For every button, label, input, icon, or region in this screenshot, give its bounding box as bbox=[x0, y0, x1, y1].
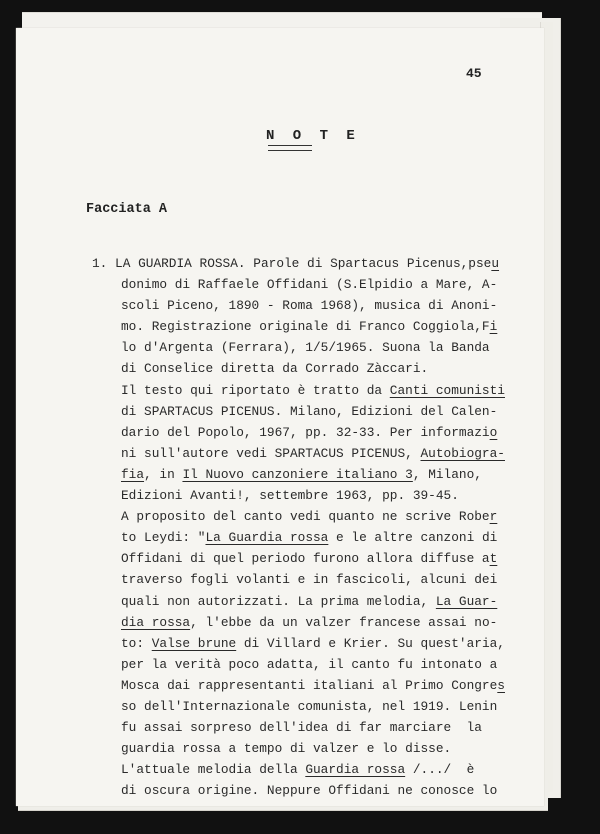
note-text: di SPARTACUS PICENUS. Milano, Edizioni d… bbox=[121, 404, 497, 419]
note-text: dario del Popolo, 1967, pp. 32-33. Per i… bbox=[121, 425, 490, 440]
note-number: 1. bbox=[92, 256, 115, 271]
note-line: dario del Popolo, 1967, pp. 32-33. Per i… bbox=[92, 422, 532, 443]
note-text: , in bbox=[144, 467, 182, 482]
underlined-title-text: Guardia rossa bbox=[305, 762, 405, 777]
note-text: to: bbox=[121, 636, 152, 651]
page-number: 45 bbox=[466, 66, 482, 81]
underlined-title-text: fia bbox=[121, 467, 144, 482]
underlined-title-text: La Guardia rossa bbox=[205, 530, 328, 545]
note-text: , Milano, bbox=[413, 467, 482, 482]
underlined-title-text: Canti comunisti bbox=[390, 383, 505, 398]
note-text: traverso fogli volanti e in fascicoli, a… bbox=[121, 572, 497, 587]
note-1: 1. LA GUARDIA ROSSA. Parole di Spartacus… bbox=[92, 253, 532, 801]
document-page: 45 N O T E Facciata A 1. LA GUARDIA ROSS… bbox=[16, 28, 544, 806]
note-line: di oscura origine. Neppure Offidani ne c… bbox=[92, 780, 532, 801]
note-text: Offidani di quel periodo furono allora d… bbox=[121, 551, 490, 566]
note-text: fu assai sorpreso dell'idea di far marci… bbox=[121, 720, 482, 735]
underlined-title-text: dia rossa bbox=[121, 615, 190, 630]
note-text: guardia rossa a tempo di valzer e lo dis… bbox=[121, 741, 451, 756]
note-text: per la verità poco adatta, il canto fu i… bbox=[121, 657, 497, 672]
section-heading: Facciata A bbox=[86, 202, 167, 217]
note-line: to: Valse brune di Villard e Krier. Su q… bbox=[92, 633, 532, 654]
note-line: Edizioni Avanti!, settembre 1963, pp. 39… bbox=[92, 485, 532, 506]
note-text: A proposito del canto vedi quanto ne scr… bbox=[121, 509, 490, 524]
note-line: donimo di Raffaele Offidani (S.Elpidio a… bbox=[92, 274, 532, 295]
note-line: traverso fogli volanti e in fascicoli, a… bbox=[92, 569, 532, 590]
note-text: di Conselice diretta da Corrado Zàccari. bbox=[121, 361, 428, 376]
note-line: scoli Piceno, 1890 - Roma 1968), musica … bbox=[92, 295, 532, 316]
note-text: ni sull'autore vedi SPARTACUS PICENUS, bbox=[121, 446, 421, 461]
note-line: Offidani di quel periodo furono allora d… bbox=[92, 548, 532, 569]
note-line: ni sull'autore vedi SPARTACUS PICENUS, A… bbox=[92, 443, 532, 464]
note-line: guardia rossa a tempo di valzer e lo dis… bbox=[92, 738, 532, 759]
note-text: so dell'Internazionale comunista, nel 19… bbox=[121, 699, 497, 714]
note-line: A proposito del canto vedi quanto ne scr… bbox=[92, 506, 532, 527]
note-text: lo d'Argenta (Ferrara), 1/5/1965. Suona … bbox=[121, 340, 490, 355]
note-text: scoli Piceno, 1890 - Roma 1968), musica … bbox=[121, 298, 497, 313]
note-text: donimo di Raffaele Offidani (S.Elpidio a… bbox=[121, 277, 497, 292]
note-text: quali non autorizzati. La prima melodia, bbox=[121, 594, 436, 609]
note-text: di Villard e Krier. Su quest'aria, bbox=[236, 636, 505, 651]
note-line: fia, in Il Nuovo canzoniere italiano 3, … bbox=[92, 464, 532, 485]
page-title: N O T E bbox=[266, 128, 360, 144]
underlined-title-text: t bbox=[490, 551, 498, 566]
underlined-title-text: s bbox=[497, 678, 505, 693]
note-text: di oscura origine. Neppure Offidani ne c… bbox=[121, 783, 497, 798]
note-text: Edizioni Avanti!, settembre 1963, pp. 39… bbox=[121, 488, 459, 503]
note-text: to Leydi: " bbox=[121, 530, 205, 545]
underlined-title-text: i bbox=[490, 319, 498, 334]
note-line: to Leydi: "La Guardia rossa e le altre c… bbox=[92, 527, 532, 548]
note-line: Mosca dai rappresentanti italiani al Pri… bbox=[92, 675, 532, 696]
underlined-title-text: r bbox=[490, 509, 498, 524]
note-text: e le altre canzoni di bbox=[328, 530, 497, 545]
note-text: LA GUARDIA ROSSA. Parole di Spartacus Pi… bbox=[115, 256, 491, 271]
note-line: lo d'Argenta (Ferrara), 1/5/1965. Suona … bbox=[92, 337, 532, 358]
note-line: di SPARTACUS PICENUS. Milano, Edizioni d… bbox=[92, 401, 532, 422]
note-text: Il testo qui riportato è tratto da bbox=[121, 383, 390, 398]
note-line: per la verità poco adatta, il canto fu i… bbox=[92, 654, 532, 675]
underlined-title-text: Autobiogra- bbox=[421, 446, 505, 461]
underlined-title-text: Il Nuovo canzoniere italiano 3 bbox=[182, 467, 412, 482]
note-line: mo. Registrazione originale di Franco Co… bbox=[92, 316, 532, 337]
note-line: 1. LA GUARDIA ROSSA. Parole di Spartacus… bbox=[92, 253, 532, 274]
note-line: fu assai sorpreso dell'idea di far marci… bbox=[92, 717, 532, 738]
note-text: Mosca dai rappresentanti italiani al Pri… bbox=[121, 678, 497, 693]
note-line: di Conselice diretta da Corrado Zàccari. bbox=[92, 358, 532, 379]
note-line: Il testo qui riportato è tratto da Canti… bbox=[92, 380, 532, 401]
note-line: dia rossa, l'ebbe da un valzer francese … bbox=[92, 612, 532, 633]
note-text: mo. Registrazione originale di Franco Co… bbox=[121, 319, 490, 334]
title-double-underline bbox=[268, 145, 312, 151]
underlined-title-text: u bbox=[491, 256, 499, 271]
note-text: L'attuale melodia della bbox=[121, 762, 305, 777]
underlined-title-text: Valse brune bbox=[152, 636, 236, 651]
note-line: so dell'Internazionale comunista, nel 19… bbox=[92, 696, 532, 717]
note-text: , l'ebbe da un valzer francese assai no- bbox=[190, 615, 497, 630]
note-line: L'attuale melodia della Guardia rossa /.… bbox=[92, 759, 532, 780]
note-line: quali non autorizzati. La prima melodia,… bbox=[92, 591, 532, 612]
note-text: /.../ è bbox=[405, 762, 474, 777]
underlined-title-text: La Guar- bbox=[436, 594, 497, 609]
underlined-title-text: o bbox=[490, 425, 498, 440]
